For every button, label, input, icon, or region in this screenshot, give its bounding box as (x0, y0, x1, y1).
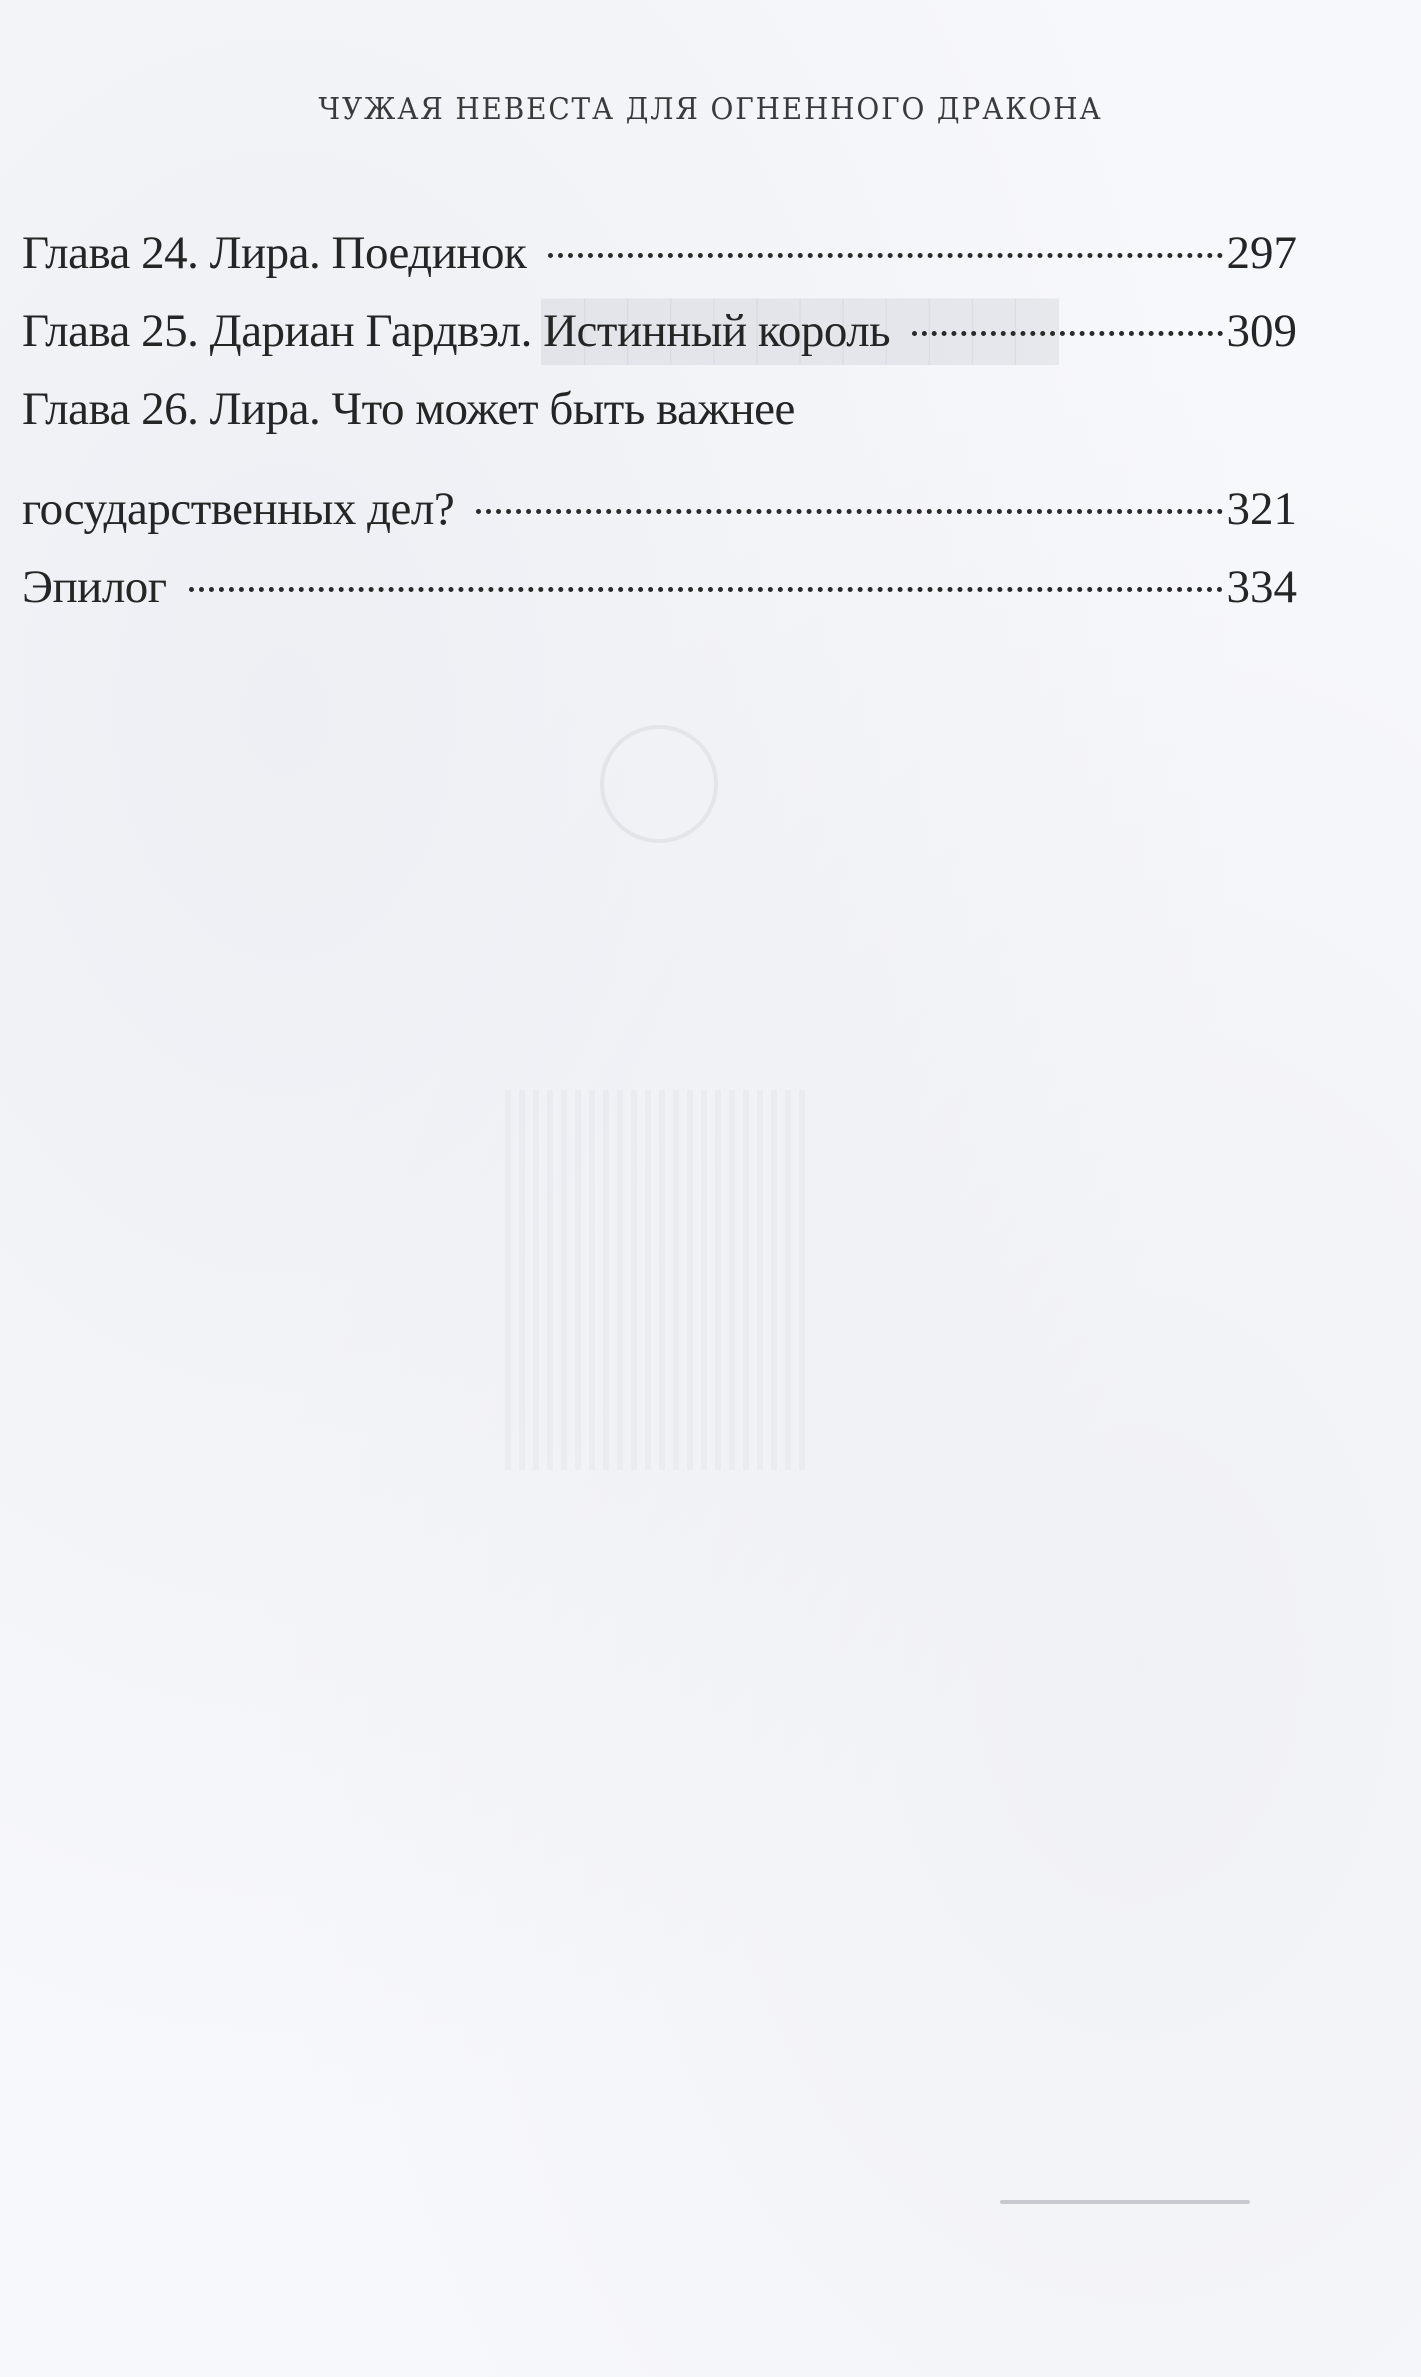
show-through-age-badge (600, 725, 718, 843)
toc-entry: Эпилог 334 (22, 548, 1297, 626)
toc-entry-title: Глава 26. Лира. Что может быть важнее (22, 370, 795, 448)
toc-entry: Глава 25. Дариан Гардвэл. Истинный корол… (22, 292, 1297, 370)
dot-leader (548, 253, 1222, 258)
toc-entry-title-continued: государственных дел? (22, 470, 454, 548)
toc-entry-page: 309 (1227, 292, 1298, 370)
table-of-contents: Глава 24. Лира. Поединок 297 Глава 25. Д… (22, 214, 1297, 626)
dot-leader (476, 509, 1222, 514)
toc-entry: государственных дел? 321 (22, 470, 1297, 548)
toc-entry-title: Глава 24. Лира. Поединок (22, 214, 526, 292)
toc-entry-page: 297 (1227, 214, 1298, 292)
toc-entry-first-line: Глава 26. Лира. Что может быть важнее (22, 370, 1297, 448)
toc-entry-title: Эпилог (22, 548, 167, 626)
print-smudge (1000, 2200, 1250, 2204)
running-head: ЧУЖАЯ НЕВЕСТА ДЛЯ ОГНЕННОГО ДРАКОНА (50, 92, 1372, 127)
toc-entry-title: Глава 25. Дариан Гардвэл. Истинный корол… (22, 292, 890, 370)
dot-leader (912, 331, 1222, 336)
toc-entry-page: 321 (1227, 470, 1298, 548)
toc-entry: Глава 24. Лира. Поединок 297 (22, 214, 1297, 292)
toc-entry-page: 334 (1227, 548, 1298, 626)
dot-leader (189, 587, 1223, 592)
show-through-barcode (505, 1090, 805, 1470)
